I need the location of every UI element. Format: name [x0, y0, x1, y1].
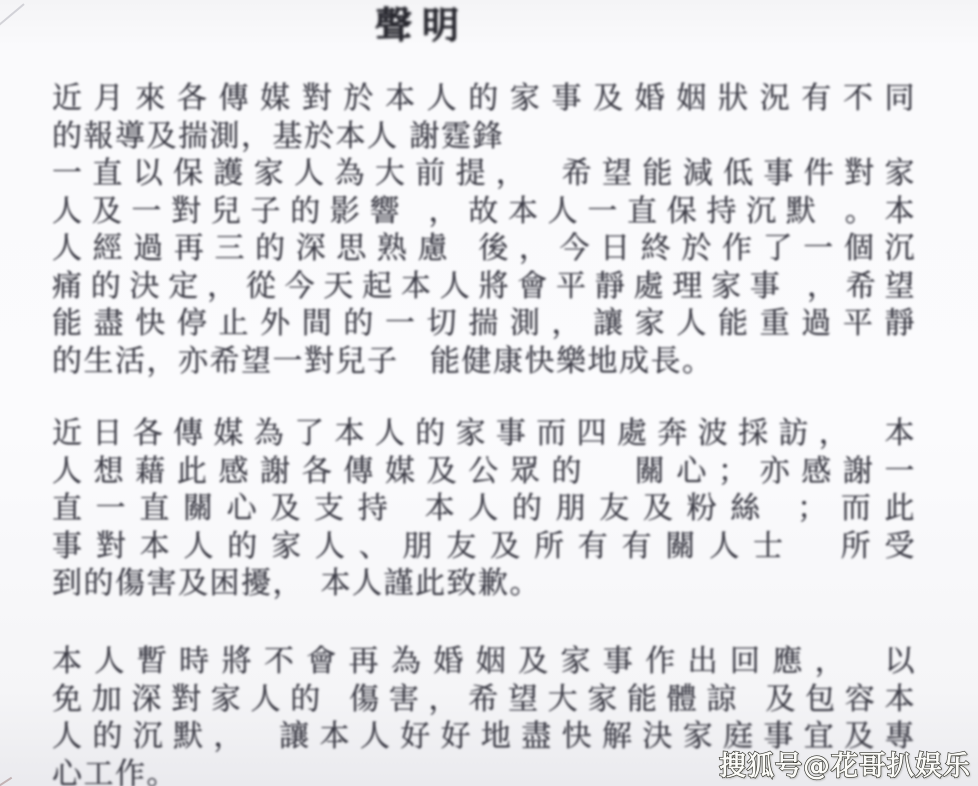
statement-line: 近日各傳媒為了本人的家事而四處奔波採訪， 本 — [52, 415, 916, 453]
statement-line: 的生活，亦希望一對兒子 能健康快樂地成長。 — [52, 343, 916, 381]
statement-line: 的報導及揣測，基於本人 謝霆鋒 — [52, 118, 916, 156]
statement-line: 人想藉此感謝各傳媒及公眾的 關心；亦感謝一 — [52, 453, 916, 491]
watermark-sohu-badge: 搜狐号@花哥扒娱乐 — [719, 744, 971, 783]
statement-line: 本人暫時將不會再為婚姻及家事作出回應， 以 — [52, 643, 916, 681]
statement-line: 直一直關心及支持 本人的朋友及粉絲 ；而此 — [52, 490, 916, 528]
statement-line: 近月來各傳媒對於本人的家事及婚姻狀況有不同 — [52, 80, 916, 118]
statement-line: 能盡快停止外間的一切揣測，讓家人能重過平靜 — [52, 305, 916, 343]
statement-title: 聲明 — [52, 2, 792, 48]
statement-line: 一直以保護家人為大前提， 希望能減低事件對家 — [52, 155, 916, 193]
statement-paragraph-2: 近日各傳媒為了本人的家事而四處奔波採訪， 本 人想藉此感謝各傳媒及公眾的 關心；… — [52, 415, 916, 603]
statement-scan-page: 聲明 近月來各傳媒對於本人的家事及婚姻狀況有不同 的報導及揣測，基於本人 謝霆鋒… — [0, 0, 978, 786]
statement-line: 免加深對家人的 傷害，希望大家能體諒 及包容本 — [52, 681, 916, 719]
statement-line: 事對本人的家人、朋友及所有有關人士 所受 — [52, 528, 916, 566]
statement-line: 到的傷害及困擾， 本人謹此致歉。 — [52, 565, 916, 603]
statement-line: 人及一對兒子的影響 ，故本人一直保持沉默 。本 — [52, 193, 916, 231]
statement-line: 人經過再三的深思熟慮 後，今日終於作了一個沉 — [52, 230, 916, 268]
scan-artifact-bottom-left — [0, 777, 12, 786]
scan-artifact-top-left — [0, 3, 25, 26]
statement-paragraph-1: 近月來各傳媒對於本人的家事及婚姻狀況有不同 的報導及揣測，基於本人 謝霆鋒 一直… — [52, 80, 916, 380]
statement-line: 痛的決定，從今天起本人將會平靜處理家事 ，希望 — [52, 268, 916, 306]
